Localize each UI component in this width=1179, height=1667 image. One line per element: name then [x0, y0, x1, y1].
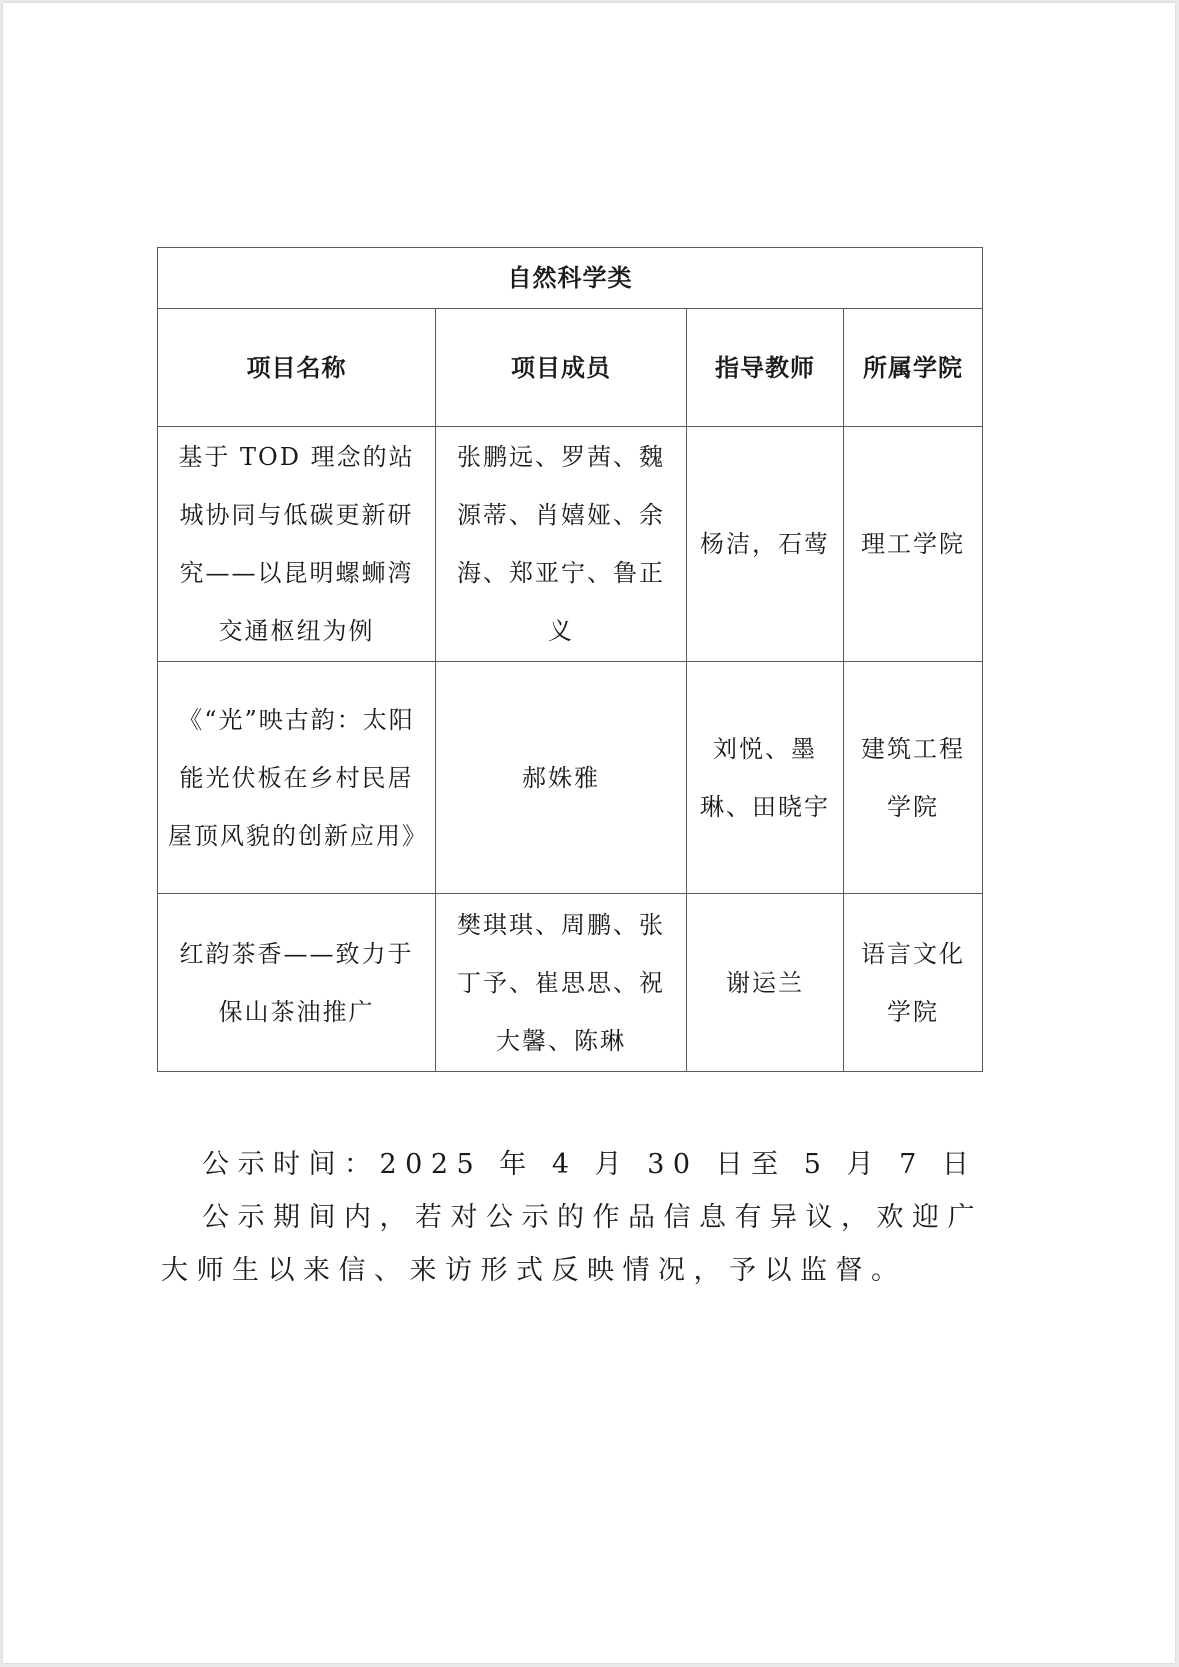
advisors-text: 刘悦、墨琳、田晓宇 [697, 720, 833, 836]
column-header-members: 项目成员 [436, 309, 687, 427]
notice-period: 公示时间：2025 年 4 月 30 日至 5 月 7 日 [161, 1138, 1031, 1191]
award-table: 自然科学类 项目名称 项目成员 指导教师 所属学院 基于 TOD 理念的站城协同… [157, 247, 983, 1072]
college-text: 理工学院 [854, 515, 972, 573]
category-row: 自然科学类 [158, 248, 983, 309]
column-header-project-name: 项目名称 [158, 309, 436, 427]
cell-members: 张鹏远、罗茜、魏源蒂、肖嬉娅、余海、郑亚宁、鲁正义 [436, 427, 687, 662]
cell-members: 樊琪琪、周鹏、张丁予、崔思思、祝大馨、陈琳 [436, 894, 687, 1072]
column-header-college: 所属学院 [844, 309, 983, 427]
advisors-text: 杨洁，石莺 [697, 515, 833, 573]
notice-body: 公示期间内，若对公示的作品信息有异议，欢迎广大师生以来信、来访形式反映情况，予以… [161, 1191, 1006, 1297]
table-header-row: 项目名称 项目成员 指导教师 所属学院 [158, 309, 983, 427]
members-text: 张鹏远、罗茜、魏源蒂、肖嬉娅、余海、郑亚宁、鲁正义 [446, 428, 676, 660]
cell-advisors: 刘悦、墨琳、田晓宇 [687, 662, 844, 894]
college-text: 语言文化学院 [854, 925, 972, 1041]
category-title: 自然科学类 [158, 248, 983, 309]
cell-project-name: 基于 TOD 理念的站城协同与低碳更新研究——以昆明螺蛳湾交通枢纽为例 [158, 427, 436, 662]
table-row: 《“光”映古韵：太阳能光伏板在乡村民居屋顶风貌的创新应用》 郝姝雅 刘悦、墨琳、… [158, 662, 983, 894]
cell-project-name: 红韵茶香——致力于保山茶油推广 [158, 894, 436, 1072]
cell-college: 建筑工程学院 [844, 662, 983, 894]
cell-project-name: 《“光”映古韵：太阳能光伏板在乡村民居屋顶风貌的创新应用》 [158, 662, 436, 894]
cell-college: 语言文化学院 [844, 894, 983, 1072]
cell-members: 郝姝雅 [436, 662, 687, 894]
column-header-advisors: 指导教师 [687, 309, 844, 427]
table-row: 红韵茶香——致力于保山茶油推广 樊琪琪、周鹏、张丁予、崔思思、祝大馨、陈琳 谢运… [158, 894, 983, 1072]
college-text: 建筑工程学院 [854, 720, 972, 836]
project-name-text: 《“光”映古韵：太阳能光伏板在乡村民居屋顶风貌的创新应用》 [168, 691, 425, 865]
project-name-text: 基于 TOD 理念的站城协同与低碳更新研究——以昆明螺蛳湾交通枢纽为例 [168, 428, 425, 660]
cell-advisors: 杨洁，石莺 [687, 427, 844, 662]
cell-college: 理工学院 [844, 427, 983, 662]
members-text: 樊琪琪、周鹏、张丁予、崔思思、祝大馨、陈琳 [446, 896, 676, 1070]
project-name-text: 红韵茶香——致力于保山茶油推广 [168, 925, 425, 1041]
cell-advisors: 谢运兰 [687, 894, 844, 1072]
members-text: 郝姝雅 [446, 749, 676, 807]
table-row: 基于 TOD 理念的站城协同与低碳更新研究——以昆明螺蛳湾交通枢纽为例 张鹏远、… [158, 427, 983, 662]
advisors-text: 谢运兰 [697, 954, 833, 1012]
document-page: 自然科学类 项目名称 项目成员 指导教师 所属学院 基于 TOD 理念的站城协同… [3, 3, 1175, 1663]
